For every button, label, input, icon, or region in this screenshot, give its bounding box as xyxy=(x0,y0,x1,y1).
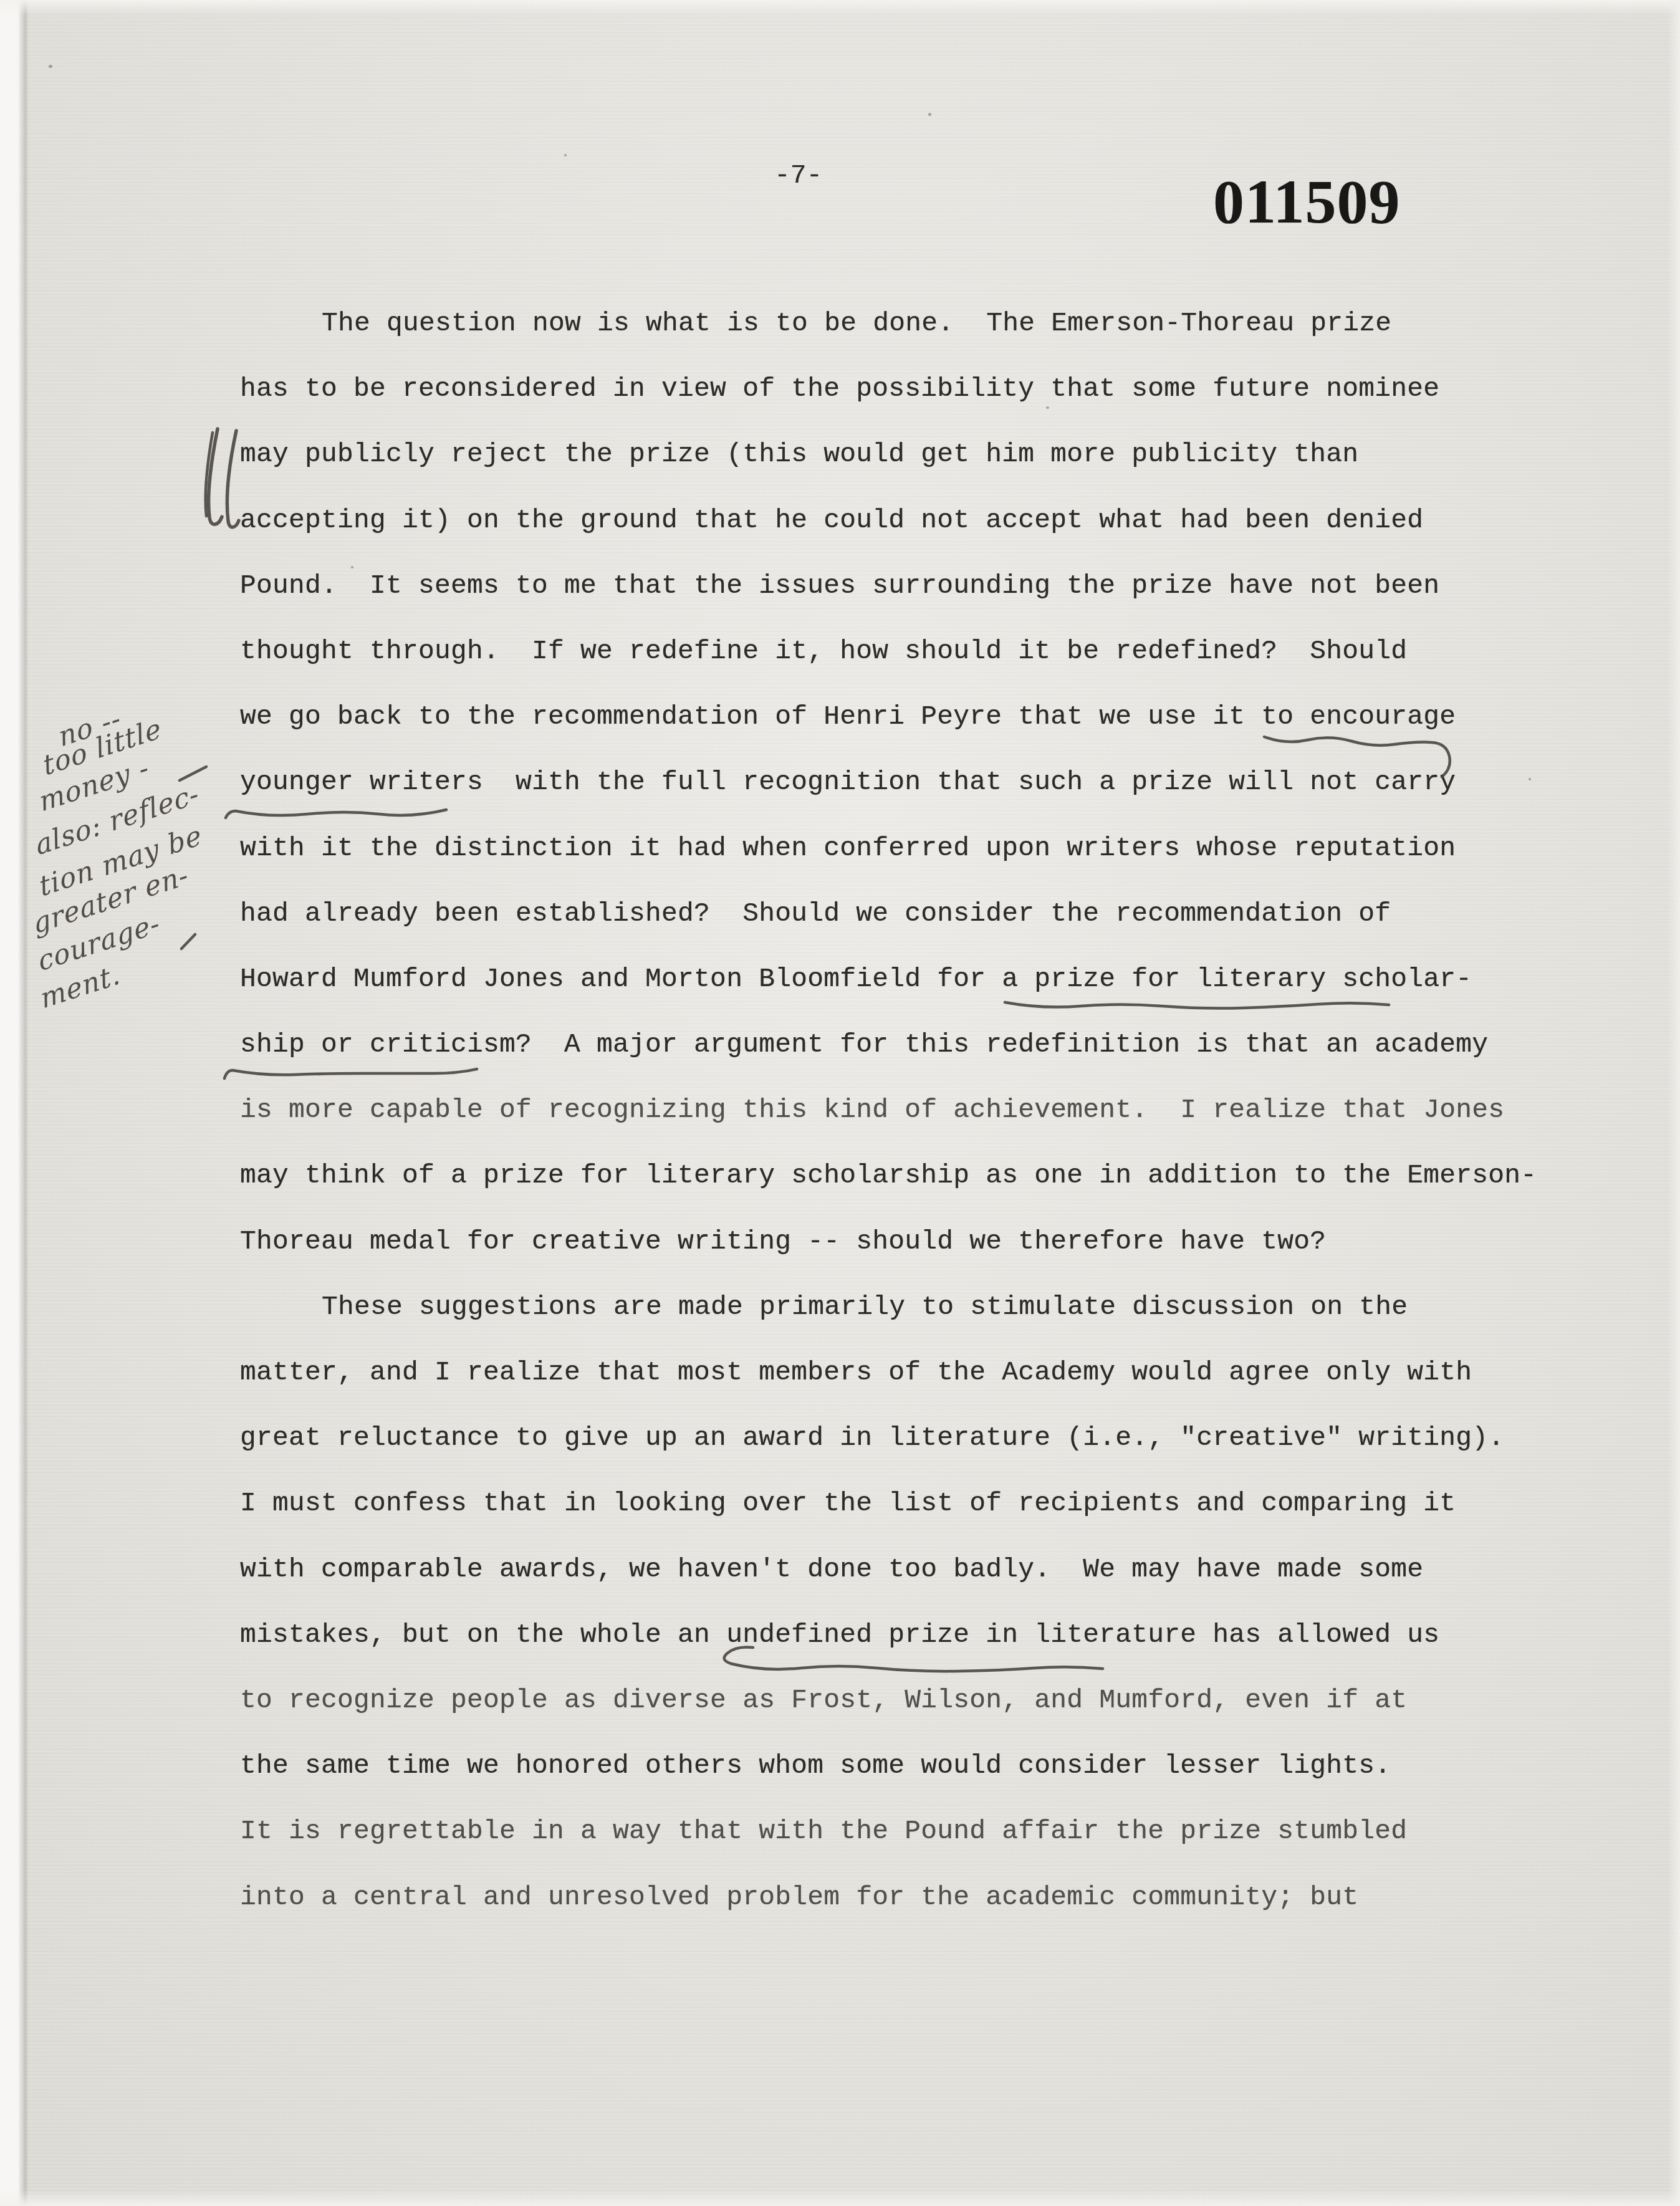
scanned-document-page: -7- 011509 The question now is what is t… xyxy=(0,0,1680,2206)
scan-speck xyxy=(1046,406,1049,409)
typed-line: It is regrettable in a way that with the… xyxy=(240,1798,1680,1864)
typed-line: may publicly reject the prize (this woul… xyxy=(240,421,1680,487)
typed-line: may think of a prize for literary schola… xyxy=(240,1143,1680,1208)
typed-line: Pound. It seems to me that the issues su… xyxy=(240,553,1680,618)
scan-speck xyxy=(351,566,353,568)
typed-line: with it the distinction it had when conf… xyxy=(240,815,1680,881)
typed-line: younger writers with the full recognitio… xyxy=(240,749,1680,815)
typed-line: mistakes, but on the whole an undefined … xyxy=(240,1602,1680,1667)
typed-line: had already been established? Should we … xyxy=(240,881,1680,946)
typed-line: into a central and unresolved problem fo… xyxy=(240,1864,1680,1930)
typed-line: matter, and I realize that most members … xyxy=(240,1340,1680,1405)
document-stamp-number: 011509 xyxy=(1213,171,1400,233)
typed-line: has to be reconsidered in view of the po… xyxy=(240,356,1680,421)
typed-line: is more capable of recognizing this kind… xyxy=(240,1077,1680,1143)
typed-line: we go back to the recommendation of Henr… xyxy=(240,684,1680,749)
typed-line: Howard Mumford Jones and Morton Bloomfie… xyxy=(240,946,1680,1012)
scan-speck xyxy=(928,113,931,116)
typed-line: accepting it) on the ground that he coul… xyxy=(240,487,1680,553)
typed-line: Thoreau medal for creative writing -- sh… xyxy=(240,1209,1680,1274)
typed-line: to recognize people as diverse as Frost,… xyxy=(240,1667,1680,1733)
typed-line: The question now is what is to be done. … xyxy=(240,290,1680,356)
typed-line: I must confess that in looking over the … xyxy=(240,1470,1680,1536)
page-number: -7- xyxy=(774,157,822,194)
scan-speck xyxy=(564,154,567,156)
typed-line: the same time we honored others whom som… xyxy=(240,1733,1680,1798)
scan-edge-top xyxy=(0,0,1680,15)
typed-body-text: The question now is what is to be done. … xyxy=(0,290,1680,1930)
typed-line: great reluctance to give up an award in … xyxy=(240,1405,1680,1470)
typed-line: thought through. If we redefine it, how … xyxy=(240,618,1680,684)
scan-speck xyxy=(1529,778,1531,780)
typed-line: ship or criticism? A major argument for … xyxy=(240,1012,1680,1077)
typed-line: with comparable awards, we haven't done … xyxy=(240,1537,1680,1602)
scan-edge-bottom xyxy=(0,2190,1680,2206)
scan-speck xyxy=(49,65,52,68)
typed-line: These suggestions are made primarily to … xyxy=(240,1274,1680,1340)
